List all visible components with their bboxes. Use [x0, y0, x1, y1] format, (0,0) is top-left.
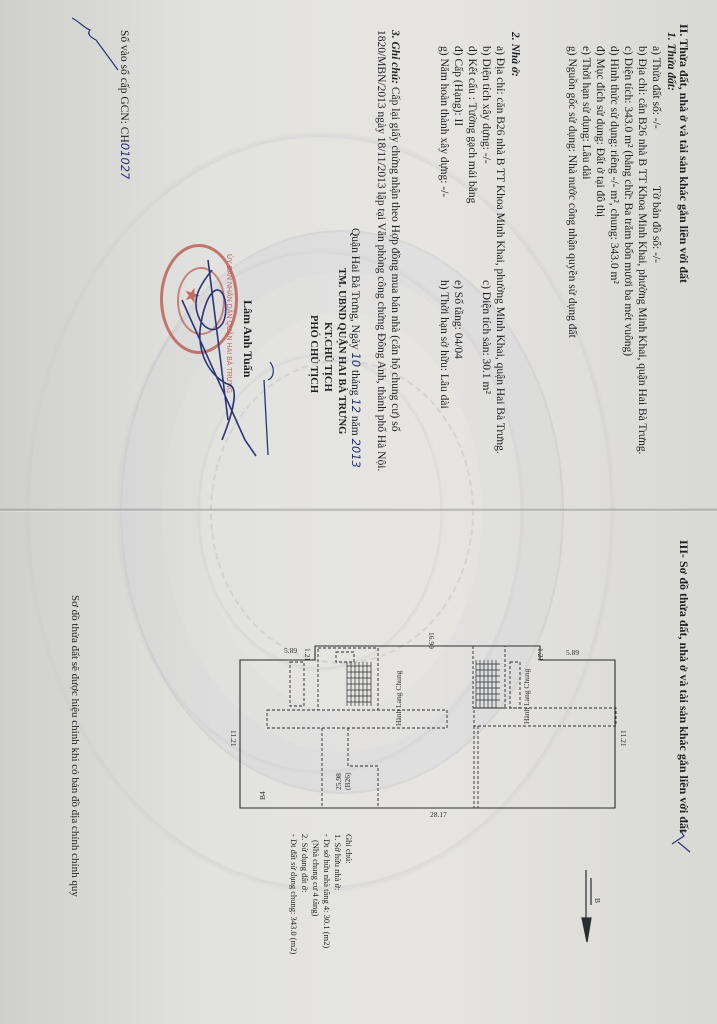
legend-line-3: (Nhà chung cư 4 tầng): [310, 834, 321, 954]
land-map-sheet: Tờ bản đồ số: -/-: [650, 186, 662, 263]
section-ii-title: II. Thửa đất, nhà ở và tài sản khác gắn …: [678, 24, 690, 283]
legend-line-2: - Dt sở hữu nhà tầng 4: 30.1 (m2): [321, 834, 332, 954]
house-address: a) Địa chỉ: căn B26 nhà B TT Khoa Minh K…: [494, 46, 506, 454]
note-line-1: 3. Ghi chú: Cấp lại giấy chứng nhận theo…: [389, 30, 401, 432]
section-iii-title: III- Sơ đồ thửa đất, nhà ở và tài sản kh…: [678, 540, 690, 833]
year-label: năm: [349, 416, 361, 436]
unit-label: (B26): [343, 773, 352, 791]
land-term: e) Thời hạn sử dụng: Lâu dài: [580, 46, 592, 179]
house-ownership-term: h) Thời hạn sở hữu: Lâu dài: [438, 280, 450, 409]
house-build-area: b) Diện tích xây dựng: -/-: [480, 46, 492, 164]
north-label: B: [593, 898, 602, 903]
registry-line: Số vào sổ cấp GCN: CH01027: [118, 30, 131, 179]
place-date-prefix: Quận Hai Bà Trưng, Ngày: [349, 228, 361, 350]
land-heading: 1. Thửa đất:: [665, 32, 677, 91]
land-use-form: d) Hình thức sử dụng: riêng -/- m², chun…: [608, 46, 620, 284]
block-label: B4: [258, 791, 267, 800]
house-floor-area: c) Diện tích sàn: 30.1 m²: [480, 280, 492, 394]
house-structure: d) Kết cấu : Tường gạch mái bằng: [466, 46, 478, 203]
dim-right-side: 11.21: [619, 730, 628, 747]
unit-area-label: 25.98: [334, 773, 343, 790]
legend-line-5: - Dt đất sử dụng chung: 343.0 (m2): [288, 834, 299, 954]
legend-line-1: 1. Sở hữu nhà ở:: [332, 834, 343, 954]
land-area: c) Diện tích: 343.0 m² (bằng chữ: Ba tră…: [622, 46, 634, 356]
plan-footer-note: Sơ đồ thửa đất sẽ được hiệu chỉnh khi có…: [69, 595, 80, 897]
note-label: 3. Ghi chú:: [389, 30, 401, 84]
registry-label: Số vào sổ cấp GCN: CH: [118, 30, 130, 143]
date-month: 12: [349, 398, 363, 413]
stamp-text: ỦY BAN NHÂN DÂN QUẬN HAI BÀ TRƯNG: [225, 254, 232, 393]
date-day: 10: [349, 352, 363, 367]
land-origin: g) Nguồn gốc sử dụng: Nhà nước công nhận…: [566, 46, 578, 338]
house-grade: đ) Cấp (Hạng): II: [452, 46, 464, 126]
corridor-label-right: Hành Lang Chung: [522, 669, 531, 724]
dim-left-side: 11.21: [229, 730, 238, 747]
signing-kt: KT.CHỦ TỊCH: [322, 322, 333, 392]
place-date-line: Quận Hai Bà Trưng, Ngày 10 tháng 12 năm …: [349, 228, 362, 468]
note-line-2: 1820/MBN/2013 ngày 18/11/2013 lập tại Vă…: [375, 30, 387, 471]
signing-org: TM. UBND QUẬN HAI BÀ TRƯNG: [336, 268, 347, 434]
land-parcel-number: a) Thửa đất số: -/-: [650, 46, 662, 129]
plan-legend: Ghi chú: 1. Sở hữu nhà ở: - Dt sở hữu nh…: [288, 834, 354, 954]
date-year: 2013: [349, 439, 363, 468]
house-heading: 2. Nhà ở:: [509, 32, 521, 77]
land-purpose: đ) Mục đích sử dụng: Đất ở tại đô thị: [594, 46, 606, 217]
dim-top: 16.99: [427, 632, 436, 649]
corridor-label-left: Hành Lang Chung: [394, 671, 403, 726]
registry-number: 01027: [118, 143, 132, 180]
dim-bottom: 28.17: [430, 810, 447, 819]
dim-right-step: 1.21: [536, 648, 545, 661]
dim-right-top: 5.89: [566, 648, 579, 657]
legend-line-4: 2. Sử dụng đất ở:: [299, 834, 310, 954]
land-address: b) Địa chỉ: căn B26 nhà B TT Khoa Minh K…: [636, 46, 648, 454]
note-text-1: Cấp lại giấy chứng nhận theo Hợp đồng mu…: [389, 87, 401, 432]
house-floors: e) Số tầng: 04/04: [452, 280, 464, 359]
dim-left-top: 5.89: [284, 646, 297, 655]
dim-left-step: 1.21: [303, 648, 312, 661]
signer-name: Lâm Anh Tuấn: [242, 300, 254, 377]
page-fold: [0, 508, 717, 512]
house-completion-year: g) Năm hoàn thành xây dựng: -/-: [438, 46, 450, 197]
legend-title: Ghi chú:: [343, 834, 354, 954]
stamp-star-icon: ★: [179, 287, 204, 305]
signing-title: PHÓ CHỦ TỊCH: [308, 315, 319, 393]
month-label: tháng: [349, 370, 361, 396]
